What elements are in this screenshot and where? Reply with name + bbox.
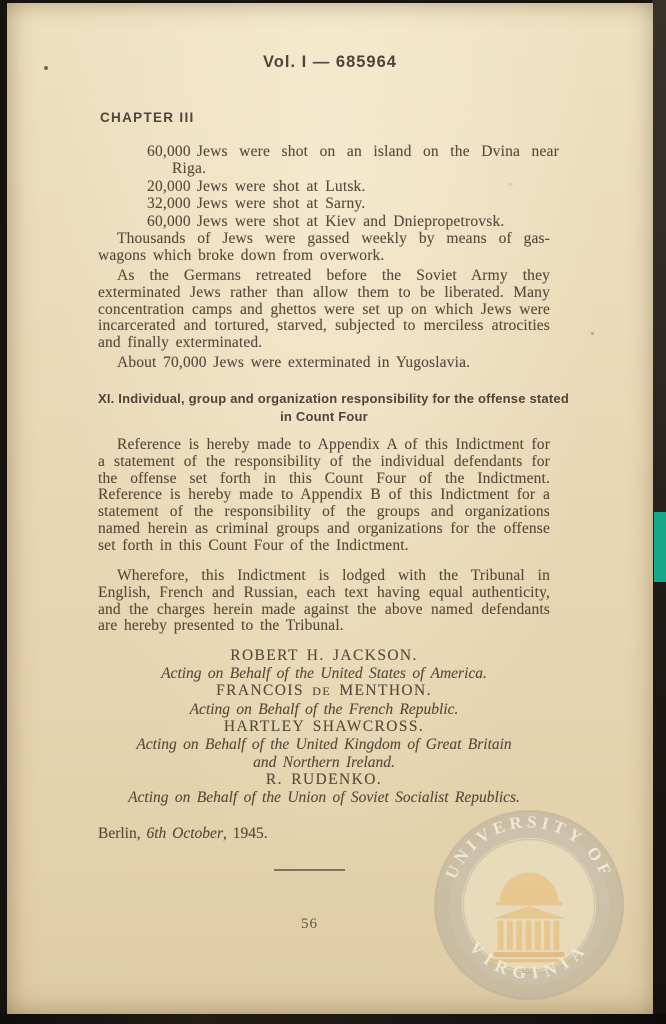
paragraph-gas-wagons: Thousands of Jews were gassed weekly by … (98, 231, 550, 265)
casualty-text: Jews were shot at Kiev and Dniepropetrov… (197, 213, 505, 230)
paper-speck (591, 332, 594, 335)
signatory-role: Acting on Behalf of the Union of Soviet … (123, 789, 525, 807)
book-page: Vol. I — 685964 CHAPTER III 60,000Jews w… (7, 3, 653, 1014)
dateline-date: 6th October (147, 825, 223, 842)
signatory-name: FRANCOIS DE MENTHON. (98, 682, 550, 701)
teal-edge-tab (654, 512, 666, 582)
section-heading-line1: XI. Individual, group and organization r… (98, 390, 550, 408)
list-item: 32,000Jews were shot at Sarny. (147, 195, 559, 212)
signatory-role: Acting on Behalf of the French Republic. (123, 701, 525, 719)
scanned-page: Vol. I — 685964 CHAPTER III 60,000Jews w… (0, 0, 666, 1024)
list-item: 20,000Jews were shot at Lutsk. (147, 178, 559, 195)
signature-block: ROBERT H. JACKSON. Acting on Behalf of t… (98, 647, 550, 806)
signatory-name-part: FRANCOIS (216, 682, 312, 699)
paper-stain (508, 183, 513, 186)
paragraph-reference: Reference is hereby made to Appendix A o… (98, 437, 550, 555)
scan-border-bottom (0, 1013, 666, 1024)
footer-rule (274, 869, 345, 871)
casualty-text: Jews were shot on an island on the Dvina… (172, 143, 559, 177)
casualty-list: 60,000Jews were shot on an island on the… (147, 143, 559, 230)
signatory-name: HARTLEY SHAWCROSS. (98, 718, 550, 736)
list-item: 60,000Jews were shot on an island on the… (147, 143, 559, 178)
casualty-count: 32,000 (147, 195, 191, 212)
paper-speck (44, 66, 48, 70)
dateline: Berlin, 6th October, 1945. (98, 825, 268, 843)
volume-header: Vol. I — 685964 (7, 53, 653, 72)
list-item: 60,000Jews were shot at Kiev and Dniepro… (147, 213, 559, 230)
section-heading-xi: XI. Individual, group and organization r… (98, 390, 550, 426)
signatory-role: Acting on Behalf of the United States of… (123, 665, 525, 683)
paragraph-wherefore: Wherefore, this Indictment is lodged wit… (98, 568, 550, 635)
signatory-role: Acting on Behalf of the United Kingdom o… (123, 736, 525, 771)
casualty-count: 60,000 (147, 143, 191, 160)
section-heading-line2: in Count Four (98, 408, 550, 426)
dateline-place: Berlin, (98, 825, 147, 842)
signatory-name: R. RUDENKO. (98, 771, 550, 789)
page-number: 56 (98, 916, 521, 933)
paragraph-yugoslavia: About 70,000 Jews were exterminated in Y… (98, 355, 550, 372)
casualty-count: 60,000 (147, 213, 191, 230)
casualty-count: 20,000 (147, 178, 191, 195)
casualty-text: Jews were shot at Sarny. (197, 195, 366, 212)
paragraph-retreat: As the Germans retreated before the Sovi… (98, 268, 550, 352)
casualty-text: Jews were shot at Lutsk. (197, 178, 366, 195)
dateline-year: , 1945. (223, 825, 268, 842)
signatory-name: ROBERT H. JACKSON. (98, 647, 550, 665)
signatory-name-de: DE (312, 684, 331, 698)
chapter-heading: CHAPTER III (100, 110, 195, 125)
signatory-name-part: MENTHON. (331, 682, 432, 699)
